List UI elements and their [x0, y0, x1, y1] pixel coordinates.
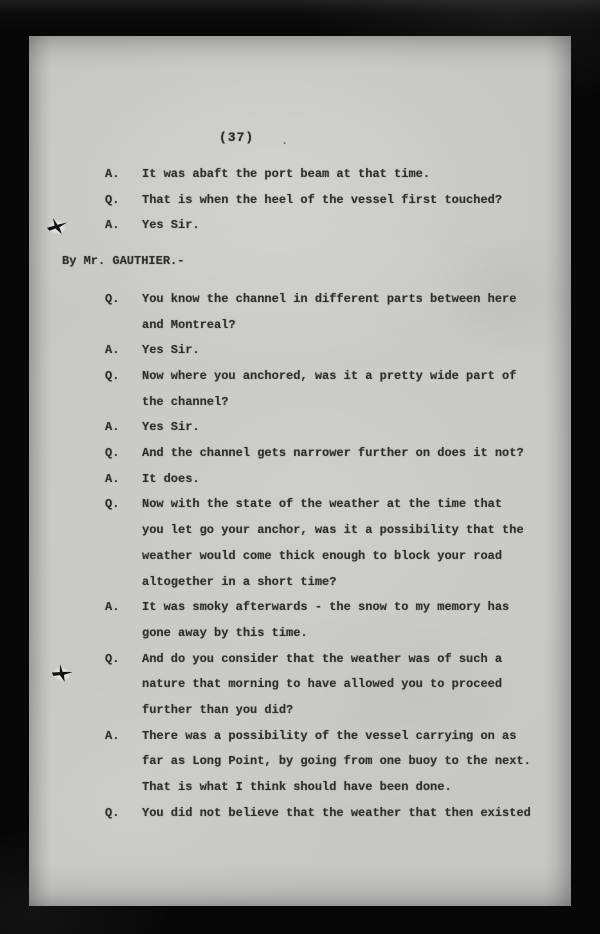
- transcript-line: That is when the heel of the vessel firs…: [142, 188, 571, 214]
- speaker-label: Q.: [105, 441, 119, 467]
- qa-entry: A.Yes Sir.: [29, 415, 571, 441]
- scan-black-frame: (37) . A.It was abaft the port beam at t…: [0, 0, 600, 934]
- examiner-heading: By Mr. GAUTHIER.-: [29, 249, 571, 275]
- punch-hole-mark: [44, 214, 70, 238]
- qa-entry: A.It was smoky afterwards - the snow to …: [29, 595, 571, 646]
- qa-entry: Q.And do you consider that the weather w…: [29, 647, 571, 724]
- qa-entry: A.There was a possibility of the vessel …: [29, 724, 571, 801]
- qa-entry: Q.And the channel gets narrower further …: [29, 441, 571, 467]
- transcript-line: And do you consider that the weather was…: [142, 647, 571, 673]
- transcript-body: A.It was abaft the port beam at that tim…: [29, 162, 571, 827]
- transcript-line: It was abaft the port beam at that time.: [142, 162, 571, 188]
- qa-entry: Q.Now with the state of the weather at t…: [29, 492, 571, 595]
- transcript-line: Now where you anchored, was it a pretty …: [142, 364, 571, 390]
- transcript-line: nature that morning to have allowed you …: [142, 672, 571, 698]
- speaker-label: Q.: [105, 364, 119, 390]
- speaker-label: Q.: [105, 801, 119, 827]
- transcript-line: And the channel gets narrower further on…: [142, 441, 571, 467]
- transcript-line: gone away by this time.: [142, 621, 571, 647]
- transcript-line: It was smoky afterwards - the snow to my…: [142, 595, 571, 621]
- transcript-line: far as Long Point, by going from one buo…: [142, 749, 571, 775]
- qa-entry: A.It does.: [29, 467, 571, 493]
- speaker-label: A.: [105, 467, 119, 493]
- transcript-line: It does.: [142, 467, 571, 493]
- transcript-line: the channel?: [142, 390, 571, 416]
- page-number: (37): [219, 130, 254, 145]
- speaker-label: Q.: [105, 287, 119, 313]
- transcript-line: Yes Sir.: [142, 338, 571, 364]
- transcript-line: Yes Sir.: [142, 213, 571, 239]
- qa-entry: A.Yes Sir.: [29, 213, 571, 239]
- speaker-label: A.: [105, 415, 119, 441]
- speaker-label: A.: [105, 595, 119, 621]
- qa-entry: A.It was abaft the port beam at that tim…: [29, 162, 571, 188]
- transcript-line: Yes Sir.: [142, 415, 571, 441]
- transcript-line: altogether in a short time?: [142, 570, 571, 596]
- transcript-line: There was a possibility of the vessel ca…: [142, 724, 571, 750]
- stray-dot-mark: .: [281, 134, 288, 148]
- qa-entry: Q.That is when the heel of the vessel fi…: [29, 188, 571, 214]
- transcript-line: and Montreal?: [142, 313, 571, 339]
- qa-entry: Q.Now where you anchored, was it a prett…: [29, 364, 571, 415]
- transcript-line: You did not believe that the weather tha…: [142, 801, 571, 827]
- transcript-line: You know the channel in different parts …: [142, 287, 571, 313]
- speaker-label: Q.: [105, 188, 119, 214]
- qa-entry: A.Yes Sir.: [29, 338, 571, 364]
- transcript-line: weather would come thick enough to block…: [142, 544, 571, 570]
- transcript-line: That is what I think should have been do…: [142, 775, 571, 801]
- speaker-label: A.: [105, 724, 119, 750]
- speaker-label: A.: [105, 213, 119, 239]
- transcript-line: Now with the state of the weather at the…: [142, 492, 571, 518]
- speaker-label: A.: [105, 338, 119, 364]
- document-page: (37) . A.It was abaft the port beam at t…: [29, 36, 571, 906]
- speaker-label: Q.: [105, 647, 119, 673]
- qa-entry: Q.You know the channel in different part…: [29, 287, 571, 338]
- qa-entry: Q.You did not believe that the weather t…: [29, 801, 571, 827]
- speaker-label: Q.: [105, 492, 119, 518]
- speaker-label: A.: [105, 162, 119, 188]
- transcript-line: you let go your anchor, was it a possibi…: [142, 518, 571, 544]
- transcript-line: By Mr. GAUTHIER.-: [62, 249, 571, 275]
- transcript-line: further than you did?: [142, 698, 571, 724]
